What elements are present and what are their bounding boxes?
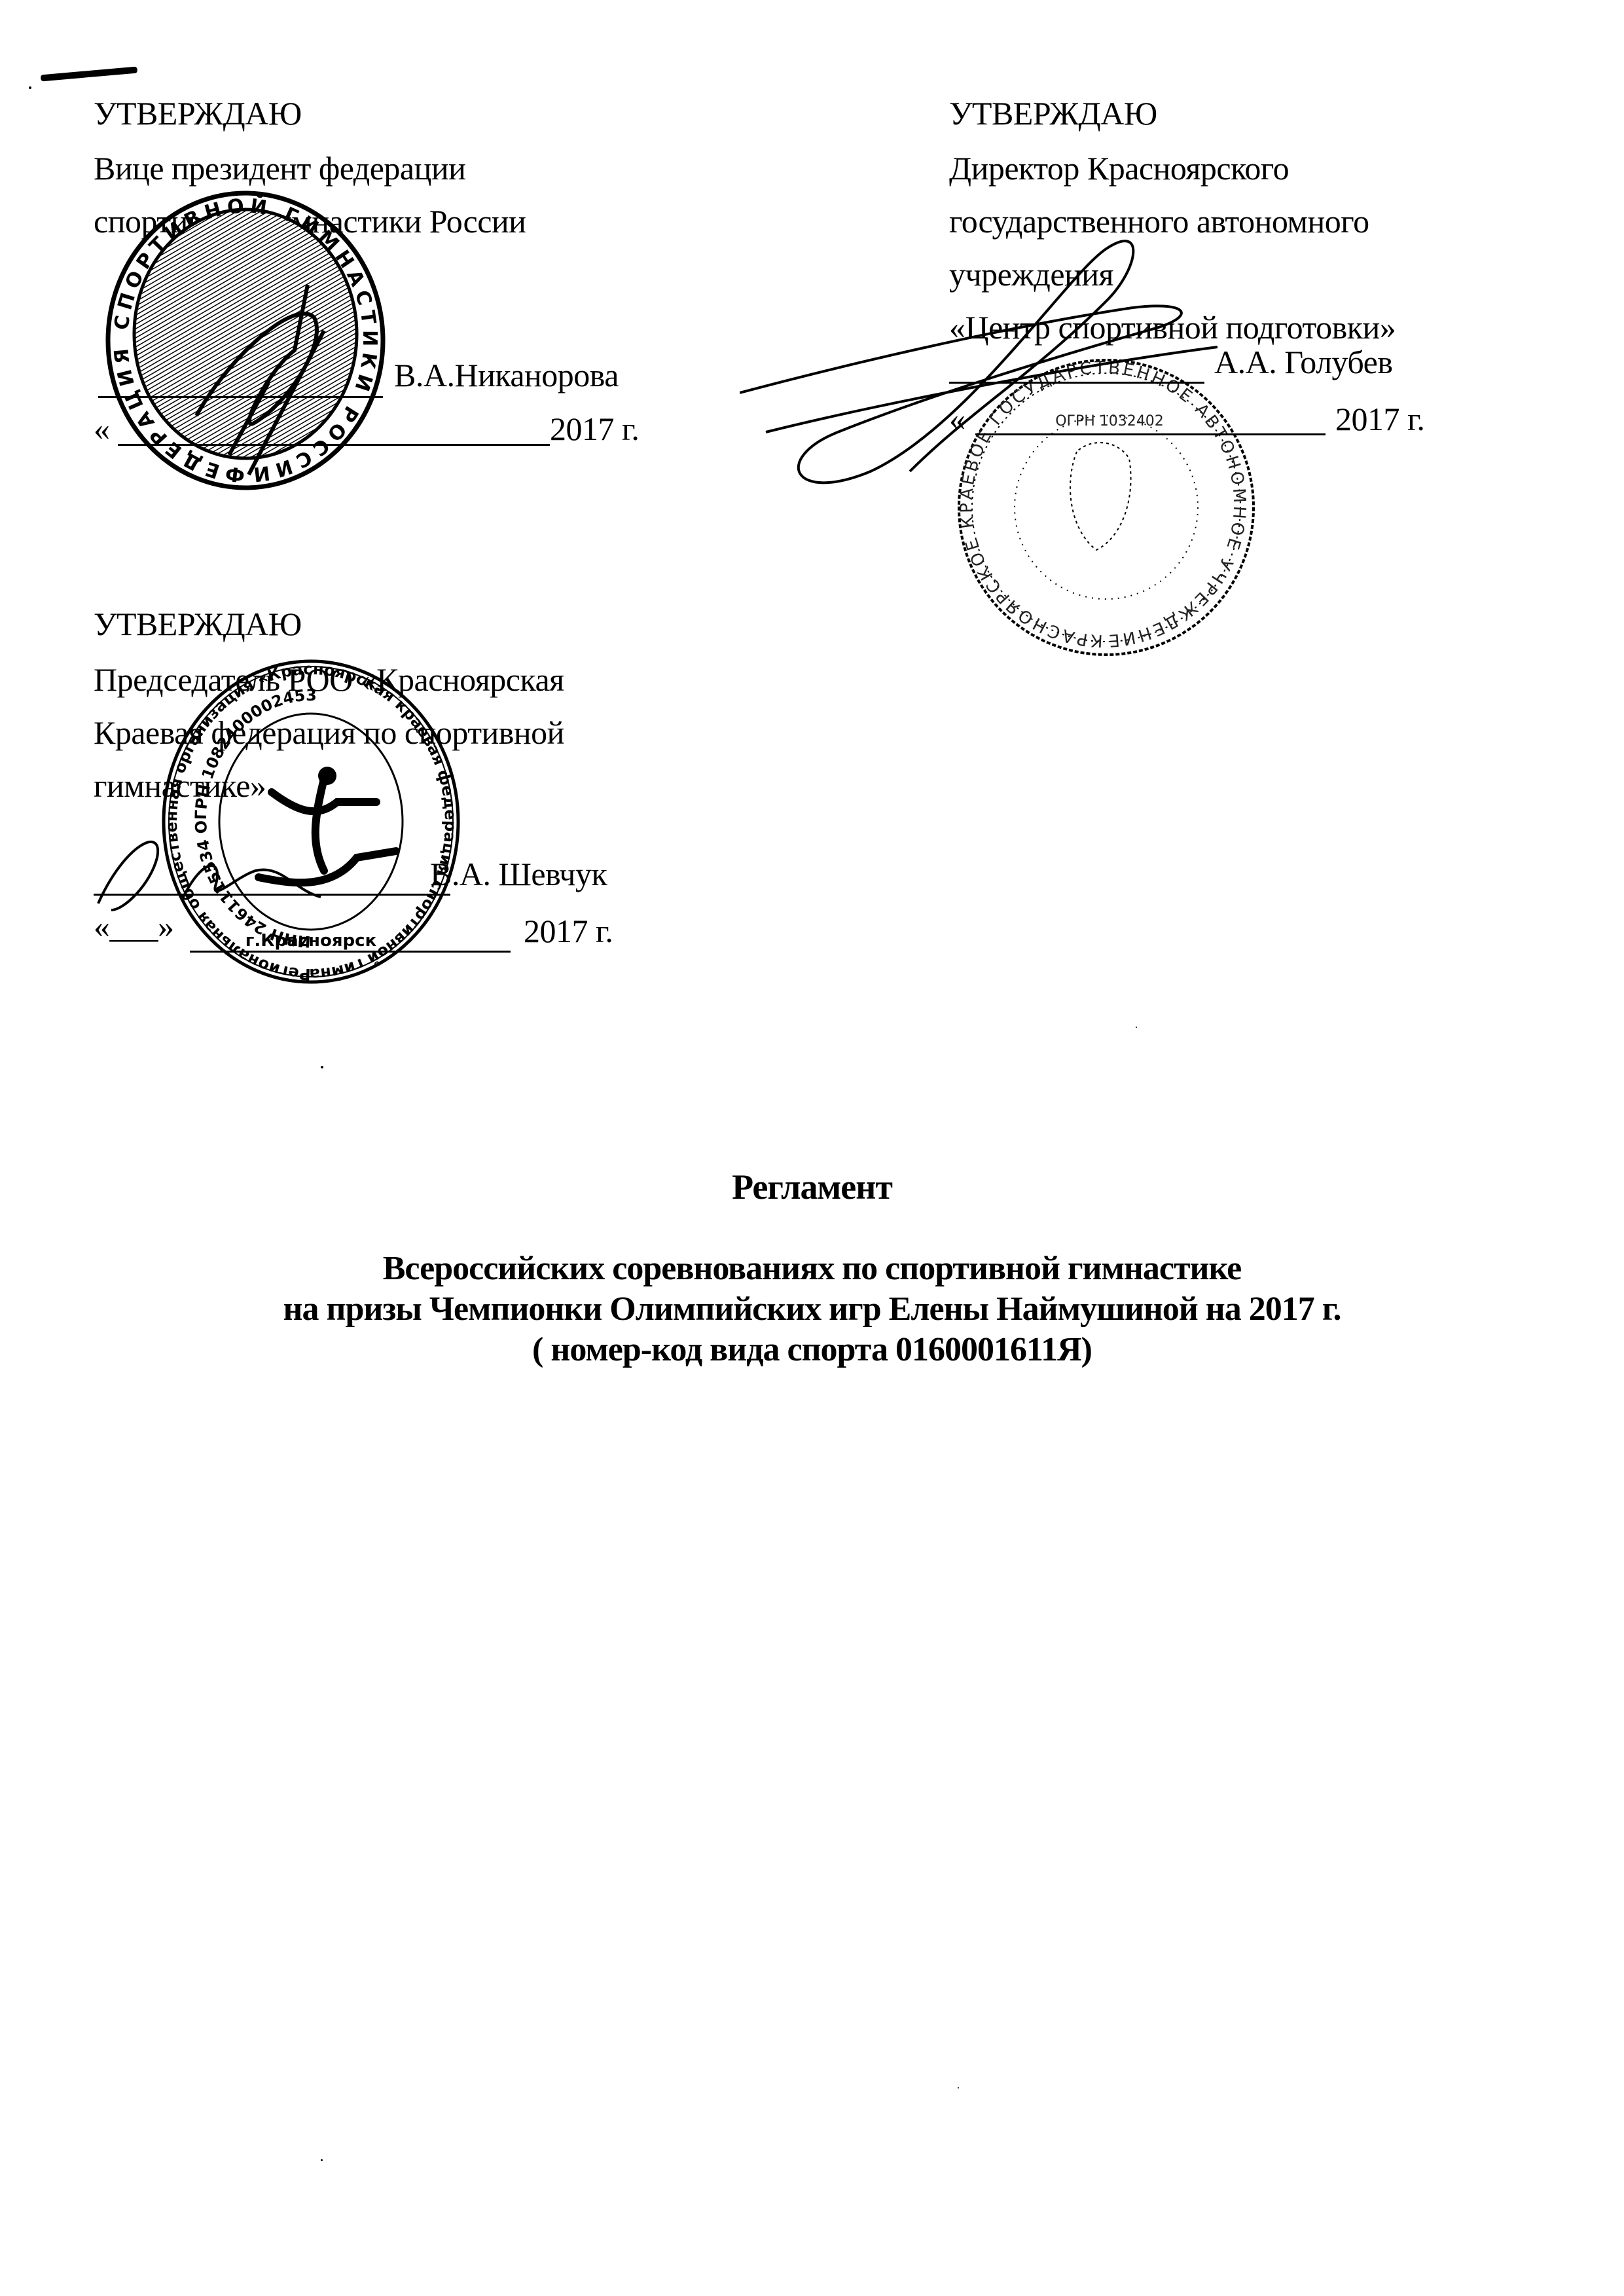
date-line [190, 951, 511, 953]
signatory-name: А.А. Голубев [1214, 346, 1392, 378]
date-line [118, 444, 550, 446]
document-title: Регламент [0, 1167, 1624, 1207]
signature-line [98, 396, 383, 398]
signature-chairman [85, 818, 399, 917]
position-line: Вице президент федерации [94, 152, 465, 185]
pen-mark [41, 67, 137, 82]
position-line: гимнастике» [94, 769, 266, 802]
position-line: спортивной гимнастики России [94, 205, 526, 238]
scan-speck [321, 1066, 323, 1068]
signature-director [740, 196, 1263, 511]
approval-heading: УТВЕРЖДАЮ [94, 97, 302, 130]
scan-speck [958, 2087, 959, 2088]
sport-code-line: ( номер-код вида спорта 0160001611Я) [0, 1330, 1624, 1370]
date-open-quote: « [949, 403, 965, 435]
date-year: 2017 г. [1335, 403, 1424, 435]
document-subtitle-line-2: на призы Чемпионки Олимпийских игр Елены… [0, 1290, 1624, 1329]
position-line: Краевая федерация по спортивной [94, 716, 564, 749]
svg-text:г.Красноярск: г.Красноярск [245, 931, 377, 951]
position-line: Директор Красноярского [949, 152, 1289, 185]
approval-heading: УТВЕРЖДАЮ [94, 608, 302, 640]
signature-line [949, 382, 1204, 384]
position-line: Председатель РОО «Красноярская [94, 663, 564, 696]
date-line [975, 433, 1326, 435]
scan-speck [1136, 1027, 1137, 1028]
date-year: 2017 г. [550, 412, 639, 445]
date-day-placeholder: «___» [94, 910, 174, 943]
signatory-name: В.А. Шевчук [430, 858, 607, 890]
signatory-name: В.А.Никанорова [394, 359, 619, 392]
date-open-quote: « [94, 412, 110, 445]
approval-heading: УТВЕРЖДАЮ [949, 97, 1157, 130]
scan-speck [29, 86, 31, 89]
signature-line [94, 894, 450, 896]
date-year: 2017 г. [524, 915, 613, 947]
document-subtitle-line-1: Всероссийских соревнованиях по спортивно… [0, 1249, 1624, 1288]
scan-speck [321, 2159, 323, 2161]
